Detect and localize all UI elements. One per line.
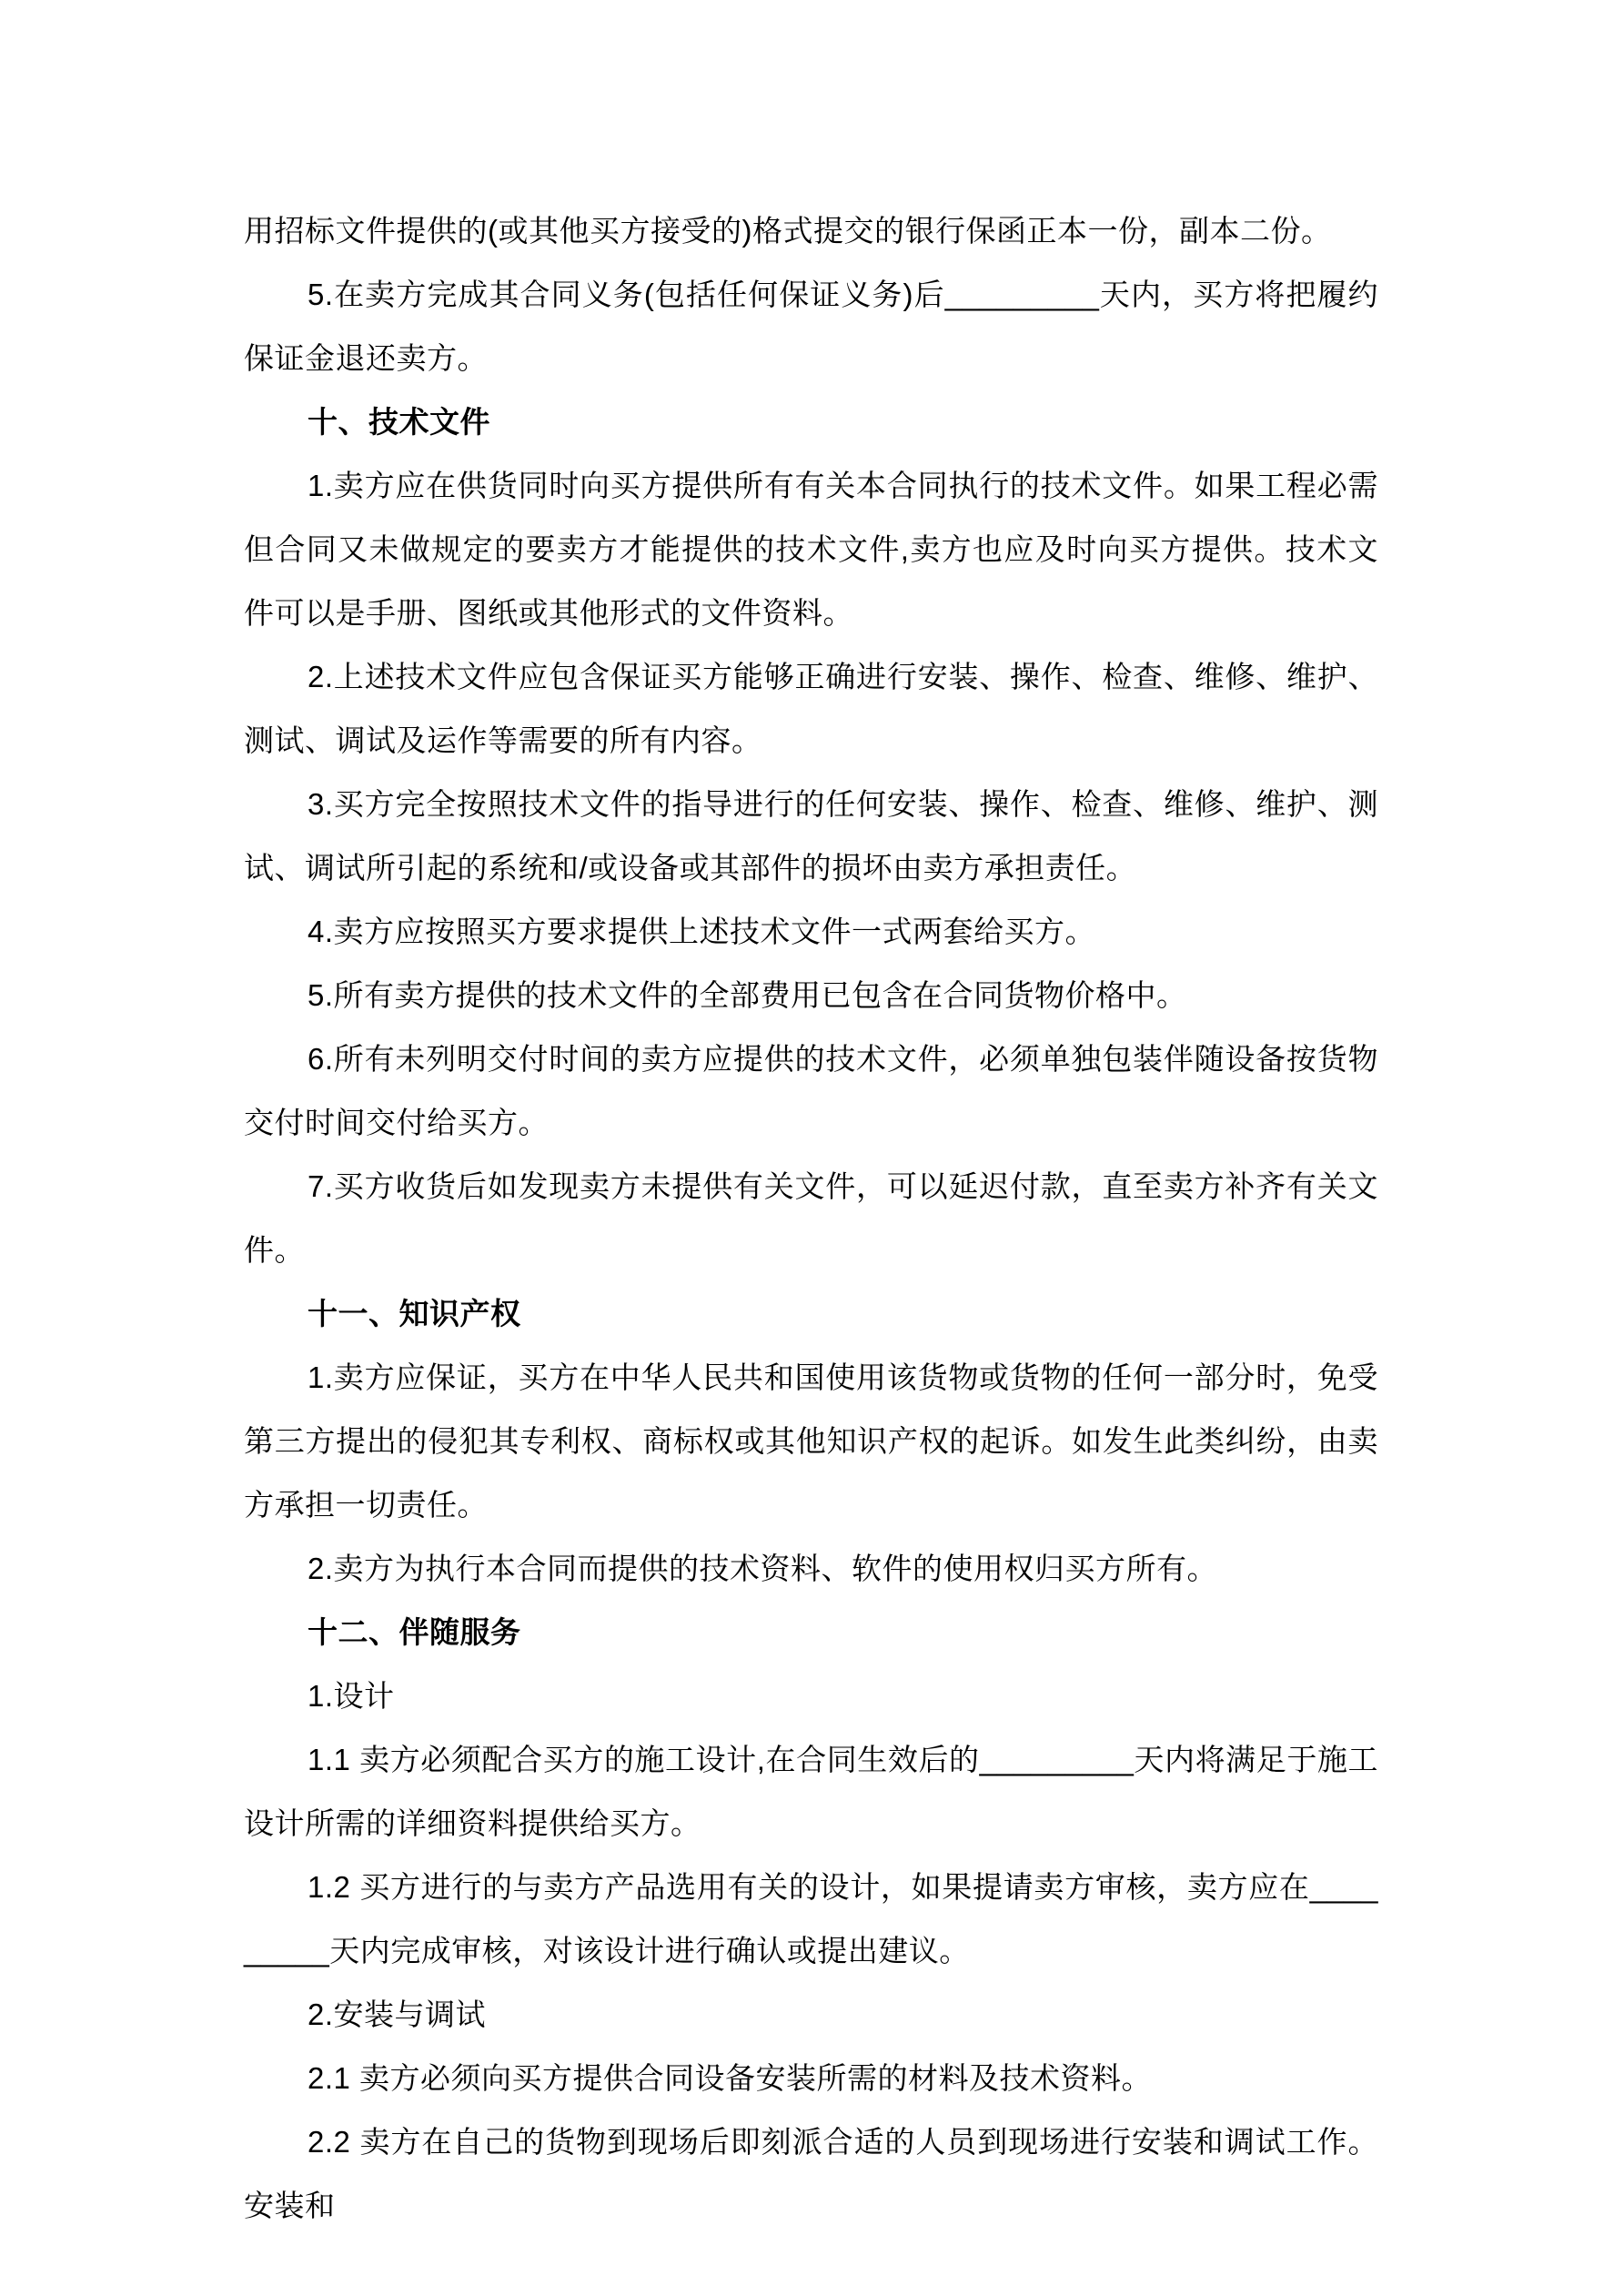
document-page: 用招标文件提供的(或其他买方接受的)格式提交的银行保函正本一份，副本二份。5.在… — [0, 0, 1624, 2296]
contract-paragraph: 1.设计 — [244, 1664, 1378, 1728]
contract-paragraph: 1.2 买方进行的与卖方产品选用有关的设计，如果提请卖方审核，卖方应在_____… — [244, 1856, 1378, 1983]
contract-paragraph: 3.买方完全按照技术文件的指导进行的任何安装、操作、检查、维修、维护、测试、调试… — [244, 773, 1378, 900]
contract-paragraph: 2.卖方为执行本合同而提供的技术资料、软件的使用权归买方所有。 — [244, 1537, 1378, 1601]
contract-paragraph: 5.在卖方完成其合同义务(包括任何保证义务)后_________天内，买方将把履… — [244, 263, 1378, 390]
contract-paragraph: 2.2 卖方在自己的货物到现场后即刻派合适的人员到现场进行安装和调试工作。安装和 — [244, 2110, 1378, 2238]
contract-section-heading: 十一、知识产权 — [244, 1282, 1378, 1346]
contract-paragraph: 5.所有卖方提供的技术文件的全部费用已包含在合同货物价格中。 — [244, 964, 1378, 1027]
contract-paragraph: 4.卖方应按照买方要求提供上述技术文件一式两套给买方。 — [244, 900, 1378, 964]
contract-paragraph: 1.卖方应在供货同时向买方提供所有有关本合同执行的技术文件。如果工程必需但合同又… — [244, 454, 1378, 645]
contract-paragraph: 用招标文件提供的(或其他买方接受的)格式提交的银行保函正本一份，副本二份。 — [244, 199, 1378, 263]
contract-paragraph: 6.所有未列明交付时间的卖方应提供的技术文件，必须单独包装伴随设备按货物交付时间… — [244, 1027, 1378, 1155]
contract-paragraph: 2.1 卖方必须向买方提供合同设备安装所需的材料及技术资料。 — [244, 2047, 1378, 2110]
contract-paragraph: 7.买方收货后如发现卖方未提供有关文件，可以延迟付款，直至卖方补齐有关文件。 — [244, 1155, 1378, 1282]
contract-text-body: 用招标文件提供的(或其他买方接受的)格式提交的银行保函正本一份，副本二份。5.在… — [244, 199, 1378, 2238]
contract-section-heading: 十二、伴随服务 — [244, 1601, 1378, 1664]
contract-paragraph: 1.卖方应保证，买方在中华人民共和国使用该货物或货物的任何一部分时，免受第三方提… — [244, 1346, 1378, 1537]
contract-paragraph: 2.上述技术文件应包含保证买方能够正确进行安装、操作、检查、维修、维护、测试、调… — [244, 645, 1378, 773]
contract-paragraph: 1.1 卖方必须配合买方的施工设计,在合同生效后的_________天内将满足于… — [244, 1728, 1378, 1856]
contract-paragraph: 2.安装与调试 — [244, 1983, 1378, 2047]
contract-section-heading: 十、技术文件 — [244, 390, 1378, 454]
